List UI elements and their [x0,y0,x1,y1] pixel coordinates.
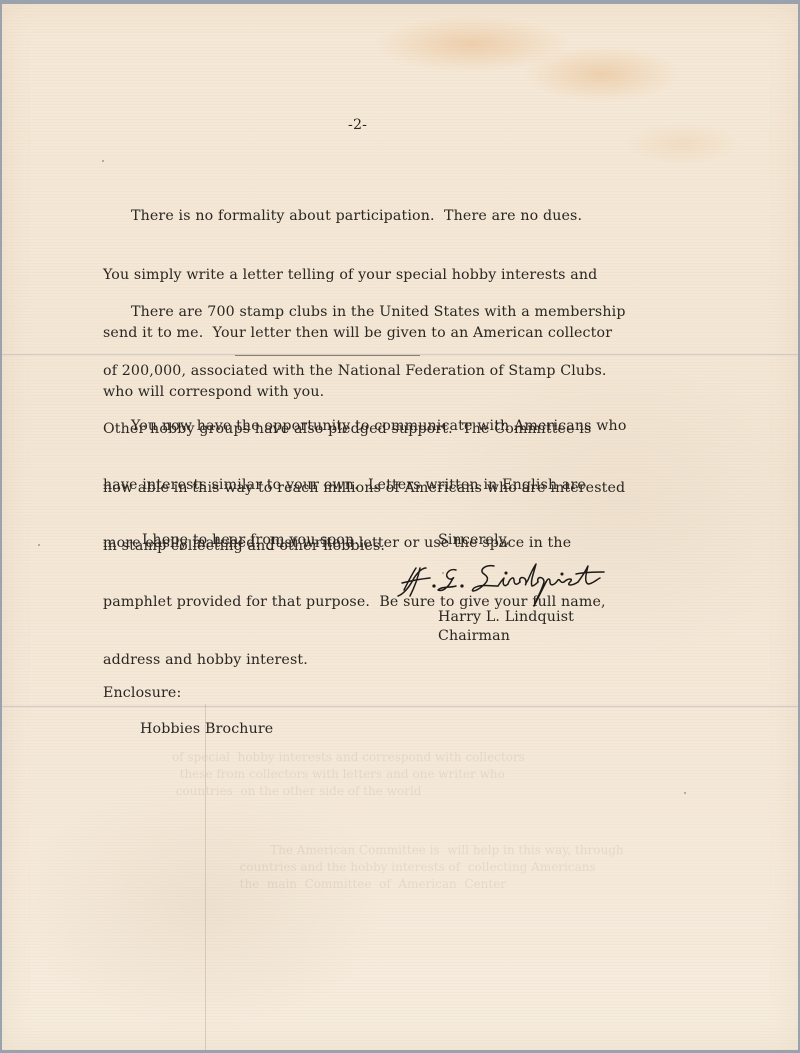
signature-icon [390,556,630,612]
signer-title: Chairman [438,627,510,647]
paper-speck [442,572,444,574]
paper-speck [38,544,40,546]
paragraph-line: There is no formality about participatio… [103,207,612,227]
handwritten-signature [390,556,630,612]
bleed-through-text: The American Committee is will help in t… [232,842,624,893]
paragraph-line: You now have the opportunity to communic… [103,417,627,437]
closing-salutation: Sincerely, [438,531,510,551]
page-number: -2- [348,116,367,136]
enclosure-item: Hobbies Brochure [140,720,273,740]
paragraph-closing-remark: I hope to hear from you soon. [142,492,359,590]
signer-name: Harry L. Lindquist [438,608,574,628]
paragraph-line: I hope to hear from you soon. [142,531,359,551]
enclosure-label: Enclosure: [103,684,181,704]
paragraph-line: address and hobby interest. [103,651,627,671]
bleed-through-text: of special hobby interests and correspon… [172,749,525,800]
paper-speck [684,792,686,794]
letter-page: of special hobby interests and correspon… [2,4,798,1050]
paragraph-line: There are 700 stamp clubs in the United … [103,303,626,323]
paper-speck [102,160,104,162]
